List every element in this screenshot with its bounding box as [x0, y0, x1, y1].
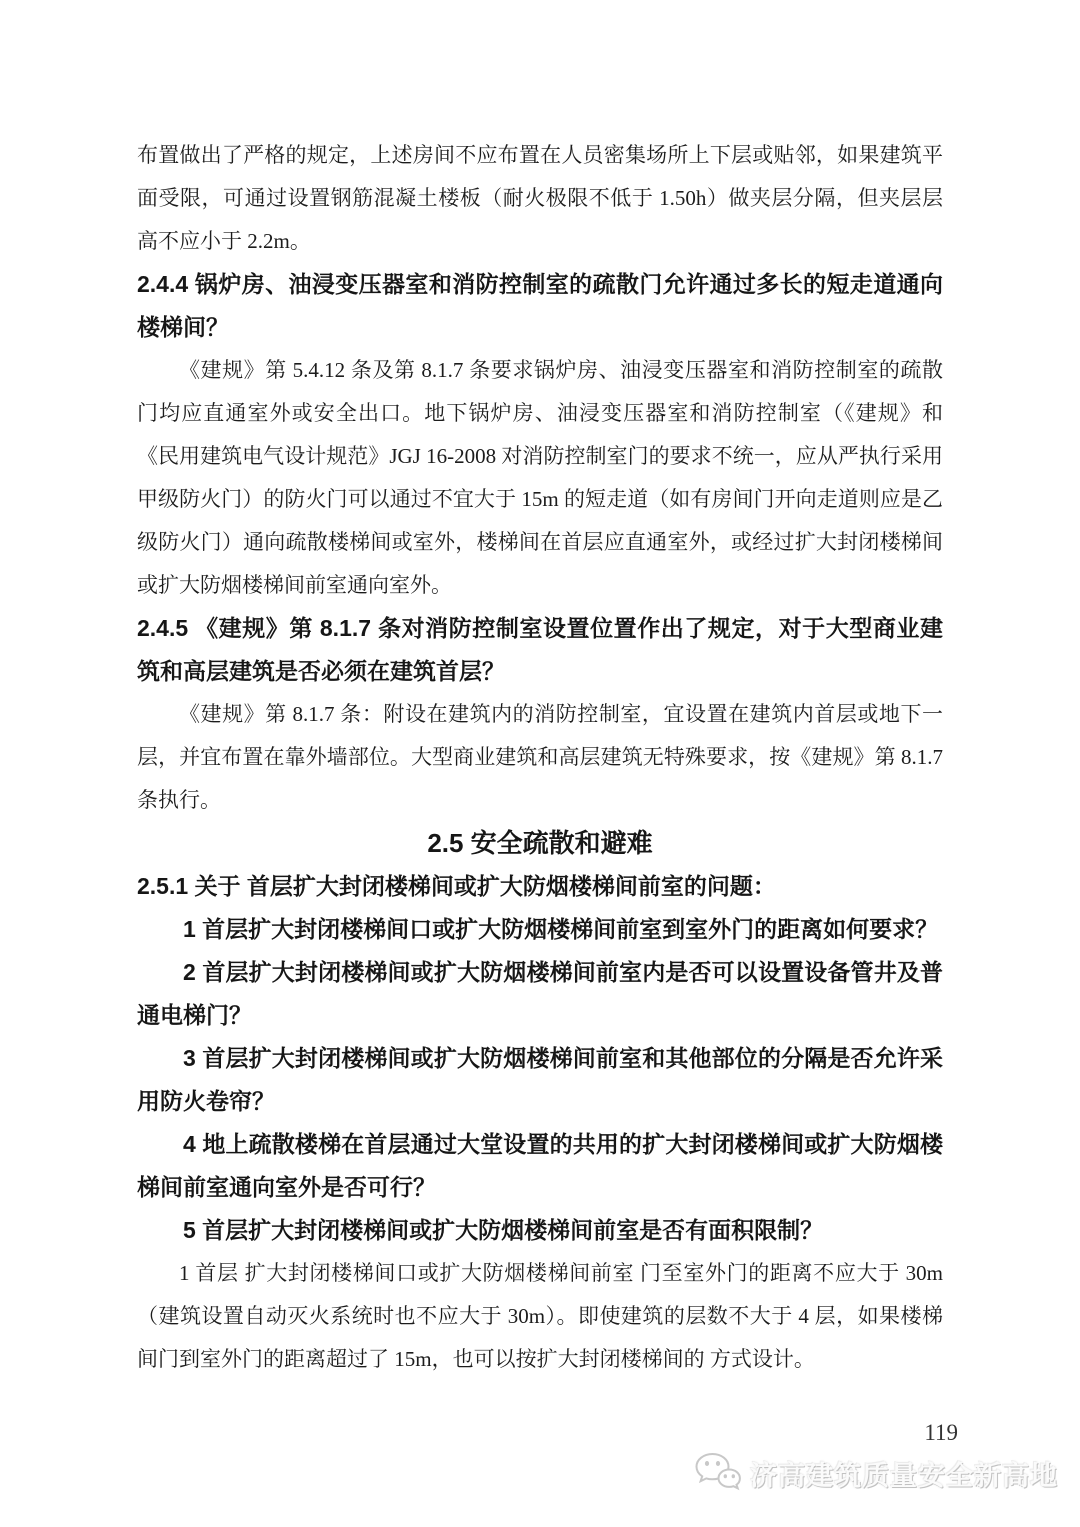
- section-heading: 5 首层扩大封闭楼梯间或扩大防烟楼梯间前室是否有面积限制？: [137, 1209, 943, 1252]
- page-number: 119: [924, 1420, 958, 1446]
- document-content: 布置做出了严格的规定，上述房间不应布置在人员密集场所上下层或贴邻，如果建筑平面受…: [137, 134, 943, 1381]
- paragraph: 布置做出了严格的规定，上述房间不应布置在人员密集场所上下层或贴邻，如果建筑平面受…: [137, 134, 943, 263]
- section-heading: 2 首层扩大封闭楼梯间或扩大防烟楼梯间前室内是否可以设置设备管井及普通电梯门？: [137, 951, 943, 1037]
- wechat-icon: [694, 1452, 742, 1494]
- section-title: 2.5 安全疏散和避难: [137, 822, 943, 865]
- section-heading: 3 首层扩大封闭楼梯间或扩大防烟楼梯间前室和其他部位的分隔是否允许采用防火卷帘？: [137, 1037, 943, 1123]
- section-heading: 2.4.5 《建规》第 8.1.7 条对消防控制室设置位置作出了规定，对于大型商…: [137, 607, 943, 693]
- document-page: 布置做出了严格的规定，上述房间不应布置在人员密集场所上下层或贴邻，如果建筑平面受…: [0, 0, 1080, 1527]
- section-heading: 2.4.4 锅炉房、油浸变压器室和消防控制室的疏散门允许通过多长的短走道通向楼梯…: [137, 263, 943, 349]
- paragraph: 1 首层 扩大封闭楼梯间口或扩大防烟楼梯间前室 门至室外门的距离不应大于 30m…: [137, 1252, 943, 1381]
- section-heading: 4 地上疏散楼梯在首层通过大堂设置的共用的扩大封闭楼梯间或扩大防烟楼梯间前室通向…: [137, 1123, 943, 1209]
- watermark-text: 济高建筑质量安全新高地: [750, 1454, 1058, 1493]
- section-heading: 2.5.1 关于 首层扩大封闭楼梯间或扩大防烟楼梯间前室的问题：: [137, 865, 943, 908]
- paragraph: 《建规》第 5.4.12 条及第 8.1.7 条要求锅炉房、油浸变压器室和消防控…: [137, 349, 943, 607]
- watermark: 济高建筑质量安全新高地: [694, 1452, 1058, 1494]
- paragraph: 《建规》第 8.1.7 条：附设在建筑内的消防控制室，宜设置在建筑内首层或地下一…: [137, 693, 943, 822]
- section-heading: 1 首层扩大封闭楼梯间口或扩大防烟楼梯间前室到室外门的距离如何要求？: [137, 908, 943, 951]
